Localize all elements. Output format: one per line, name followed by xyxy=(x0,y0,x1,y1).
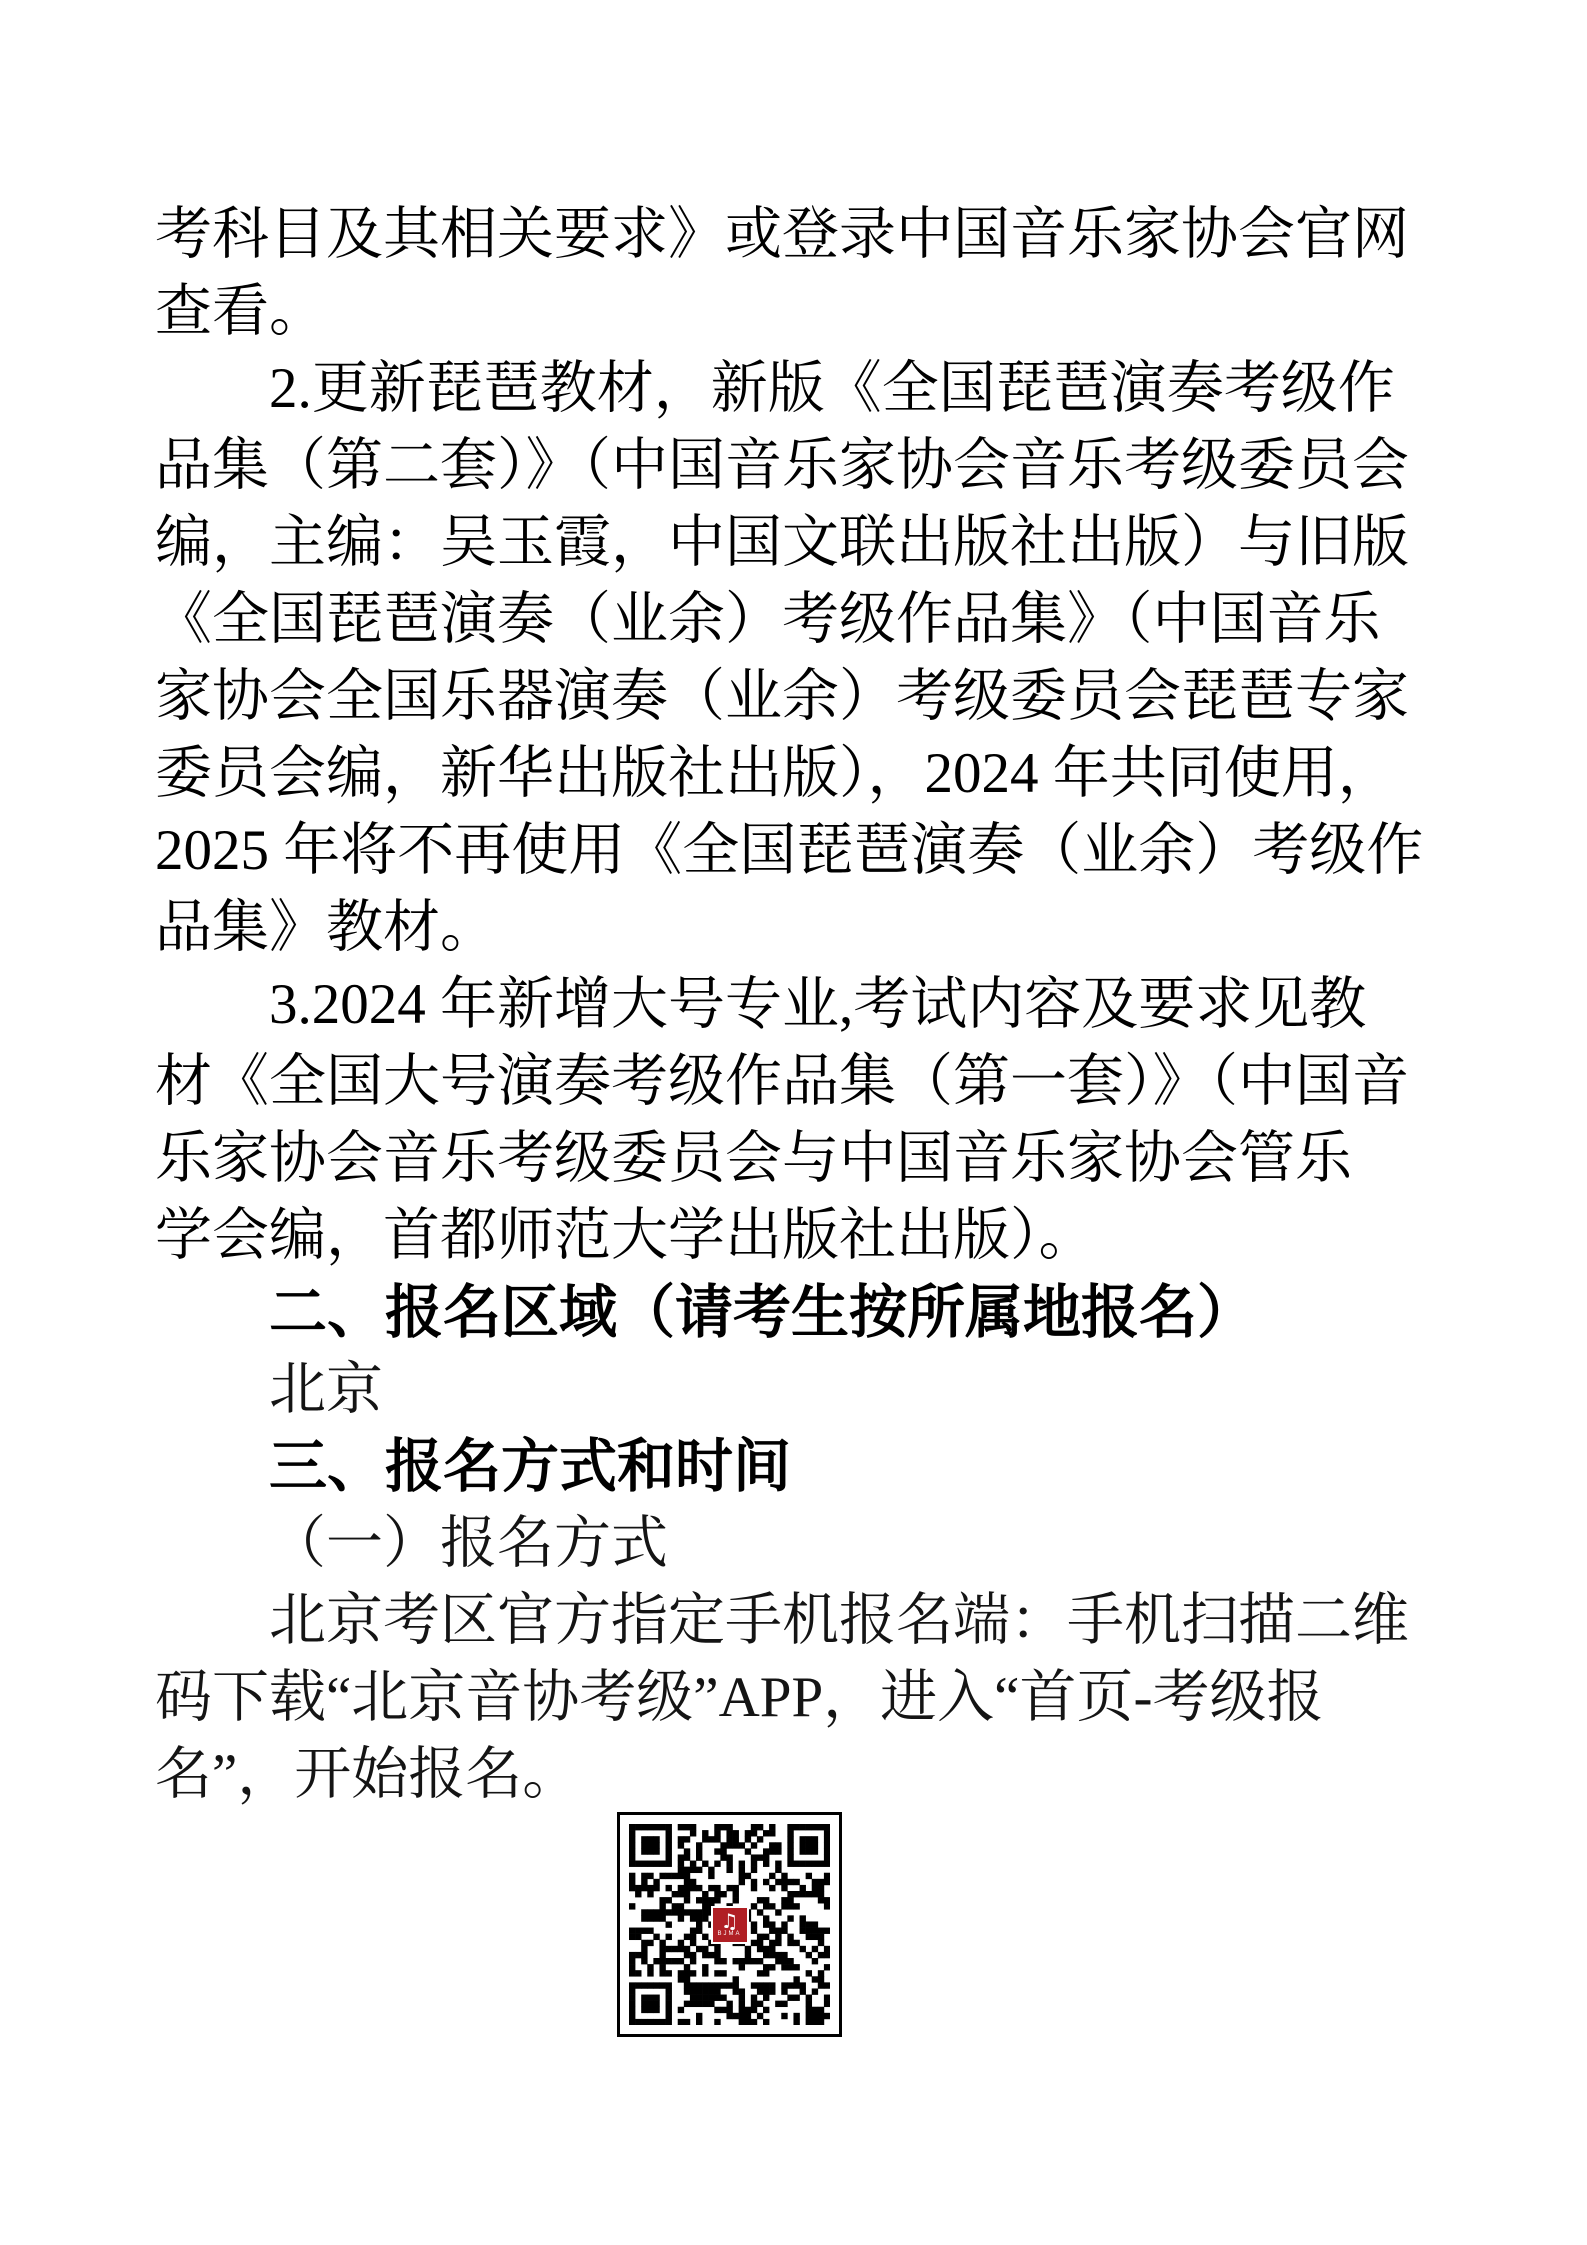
music-note-icon: ♫ xyxy=(721,1911,739,1931)
text-line: 编，主编：吴玉霞，中国文联出版社出版）与旧版 xyxy=(155,504,1440,581)
text-line: 二、报名区域（请考生按所属地报名） xyxy=(155,1274,1440,1351)
text-line: 名”，开始报名。 xyxy=(155,1736,1440,1813)
qr-center-logo: ♫ BJMA xyxy=(711,1906,749,1944)
text-line: 《全国琵琶演奏（业余）考级作品集》（中国音乐 xyxy=(155,581,1440,658)
text-line: 委员会编，新华出版社出版），2024 年共同使用， xyxy=(155,735,1440,812)
text-line: 家协会全国乐器演奏（业余）考级委员会琵琶专家 xyxy=(155,658,1440,735)
text-line: 品集》教材。 xyxy=(155,889,1440,966)
document-page: 考科目及其相关要求》或登录中国音乐家协会官网查看。2.更新琵琶教材，新版《全国琵… xyxy=(0,0,1587,2245)
text-line: 北京考区官方指定手机报名端：手机扫描二维 xyxy=(155,1582,1440,1659)
text-line: 码下载“北京音协考级”APP，进入“首页-考级报 xyxy=(155,1659,1440,1736)
text-line: 2025 年将不再使用《全国琵琶演奏（业余）考级作 xyxy=(155,812,1440,889)
text-line: 查看。 xyxy=(155,273,1440,350)
text-line: 考科目及其相关要求》或登录中国音乐家协会官网 xyxy=(155,196,1440,273)
registration-qr-code: ♫ BJMA xyxy=(617,1812,842,2037)
qr-logo-text: BJMA xyxy=(717,1931,741,1938)
text-line: 材《全国大号演奏考级作品集（第一套）》（中国音 xyxy=(155,1043,1440,1120)
text-line: 学会编，首都师范大学出版社出版）。 xyxy=(155,1197,1440,1274)
text-line: 2.更新琵琶教材，新版《全国琵琶演奏考级作 xyxy=(155,350,1440,427)
text-line: （一）报名方式 xyxy=(155,1505,1440,1582)
text-line: 北京 xyxy=(155,1351,1440,1428)
document-text: 考科目及其相关要求》或登录中国音乐家协会官网查看。2.更新琵琶教材，新版《全国琵… xyxy=(155,196,1440,1813)
text-line: 乐家协会音乐考级委员会与中国音乐家协会管乐 xyxy=(155,1120,1440,1197)
text-line: 三、报名方式和时间 xyxy=(155,1428,1440,1505)
text-line: 品集（第二套）》（中国音乐家协会音乐考级委员会 xyxy=(155,427,1440,504)
text-line: 3.2024 年新增大号专业,考试内容及要求见教 xyxy=(155,966,1440,1043)
